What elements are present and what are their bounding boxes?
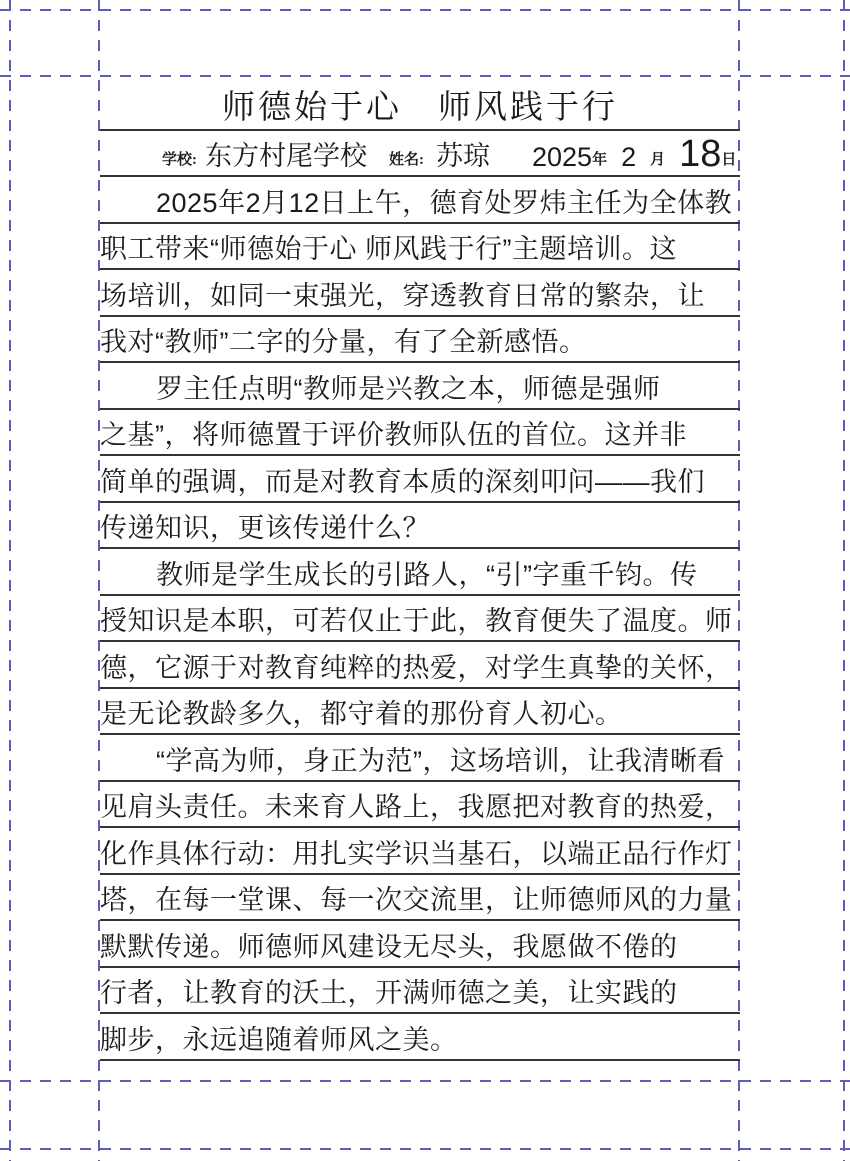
date-day-value: 18: [679, 135, 721, 175]
handwritten-text: 授知识是本职，可若仅止于此，教育便失了温度。师: [100, 599, 733, 640]
handwritten-text: 塔，在每一堂课、每一次交流里，让师德师风的力量: [100, 878, 733, 919]
handwritten-text: 传递知识，更该传递什么？: [100, 506, 430, 547]
handwritten-line: 脚步，永远追随着师风之美。: [100, 1014, 740, 1061]
handwritten-text: 罗主任点明“教师是兴教之本，师德是强师: [100, 367, 661, 408]
handwritten-line: 2025年2月12日上午，德育处罗炜主任为全体教: [100, 177, 740, 224]
handwritten-line: 罗主任点明“教师是兴教之本，师德是强师: [100, 363, 740, 410]
handwritten-text: 我对“教师”二字的分量，有了全新感悟。: [100, 320, 586, 361]
handwritten-line: “学高为师，身正为范”，这场培训，让我清晰看: [100, 735, 740, 782]
essay-body: 2025年2月12日上午，德育处罗炜主任为全体教 职工带来“师德始于心 师风践于…: [100, 177, 740, 1061]
crop-mark-vertical-right-outer: [843, 0, 845, 1161]
scanned-essay-sheet: 师德始于心 师风践于行 学校: 东方村尾学校 姓名: 苏琼 2025 年 2 月…: [0, 0, 850, 1161]
date-year-value: 2025: [532, 142, 592, 175]
header-row: 学校: 东方村尾学校 姓名: 苏琼 2025 年 2 月 18 日: [100, 131, 740, 178]
school-label: 学校:: [162, 148, 197, 175]
handwritten-line: 默默传递。师德师风建设无尽头，我愿做不倦的: [100, 921, 740, 968]
handwritten-line: 行者，让教育的沃土，开满师德之美，让实践的: [100, 968, 740, 1015]
essay-title: 师德始于心 师风践于行: [222, 81, 618, 129]
handwritten-line: 简单的强调，而是对教育本质的深刻叩问——我们: [100, 456, 740, 503]
handwritten-line: 教师是学生成长的引路人，“引”字重千钧。传: [100, 549, 740, 596]
name-value: 苏琼: [436, 134, 490, 175]
essay-title-row: 师德始于心 师风践于行: [100, 84, 740, 131]
crop-mark-horizontal-top-inner: [0, 75, 850, 77]
crop-mark-horizontal-bottom-outer: [0, 1148, 850, 1150]
date-day-label: 日: [721, 148, 736, 175]
handwritten-line: 是无论教龄多久，都守着的那份育人初心。: [100, 689, 740, 736]
handwritten-text: 化作具体行动：用扎实学识当基石，以端正品行作灯: [100, 832, 733, 873]
handwritten-text: 2025年2月12日上午，德育处罗炜主任为全体教: [100, 181, 732, 222]
handwritten-line: 塔，在每一堂课、每一次交流里，让师德师风的力量: [100, 875, 740, 922]
handwritten-text: 是无论教龄多久，都守着的那份育人初心。: [100, 692, 623, 733]
handwritten-line: 职工带来“师德始于心 师风践于行”主题培训。这: [100, 224, 740, 271]
handwritten-text: 脚步，永远追随着师风之美。: [100, 1018, 458, 1059]
handwritten-text: 教师是学生成长的引路人，“引”字重千钧。传: [100, 553, 697, 594]
handwritten-line: 授知识是本职，可若仅止于此，教育便失了温度。师: [100, 596, 740, 643]
crop-mark-horizontal-top-outer: [0, 9, 850, 11]
handwritten-text: 行者，让教育的沃土，开满师德之美，让实践的: [100, 971, 678, 1012]
handwritten-line: 之基”，将师德置于评价教师队伍的首位。这并非: [100, 410, 740, 457]
date-month-label: 月: [650, 148, 665, 175]
school-value: 东方村尾学校: [205, 134, 367, 175]
handwritten-text: 职工带来“师德始于心 师风践于行”主题培训。这: [100, 227, 677, 268]
handwritten-text: 见肩头责任。未来育人路上，我愿把对教育的热爱，: [100, 785, 733, 826]
handwritten-line: 场培训，如同一束强光，穿透教育日常的繁杂，让: [100, 270, 740, 317]
handwritten-text: 之基”，将师德置于评价教师队伍的首位。这并非: [100, 413, 687, 454]
crop-mark-vertical-left-outer: [9, 0, 11, 1161]
handwritten-text: 德，它源于对教育纯粹的热爱，对学生真挚的关怀，: [100, 646, 733, 687]
handwritten-line: 见肩头责任。未来育人路上，我愿把对教育的热爱，: [100, 782, 740, 829]
handwritten-text: 默默传递。师德师风建设无尽头，我愿做不倦的: [100, 925, 678, 966]
handwritten-text: 简单的强调，而是对教育本质的深刻叩问——我们: [100, 460, 705, 501]
handwritten-line: 德，它源于对教育纯粹的热爱，对学生真挚的关怀，: [100, 642, 740, 689]
date-year-label: 年: [592, 148, 607, 175]
handwritten-line: 化作具体行动：用扎实学识当基石，以端正品行作灯: [100, 828, 740, 875]
handwritten-text: “学高为师，身正为范”，这场培训，让我清晰看: [100, 739, 725, 780]
handwritten-line: 传递知识，更该传递什么？: [100, 503, 740, 550]
writing-area: 师德始于心 师风践于行 学校: 东方村尾学校 姓名: 苏琼 2025 年 2 月…: [100, 84, 740, 1061]
handwritten-line: 我对“教师”二字的分量，有了全新感悟。: [100, 317, 740, 364]
date-month-value: 2: [621, 142, 636, 175]
name-label: 姓名:: [389, 148, 424, 175]
handwritten-text: 场培训，如同一束强光，穿透教育日常的繁杂，让: [100, 274, 705, 315]
crop-mark-horizontal-bottom-inner: [0, 1080, 850, 1082]
